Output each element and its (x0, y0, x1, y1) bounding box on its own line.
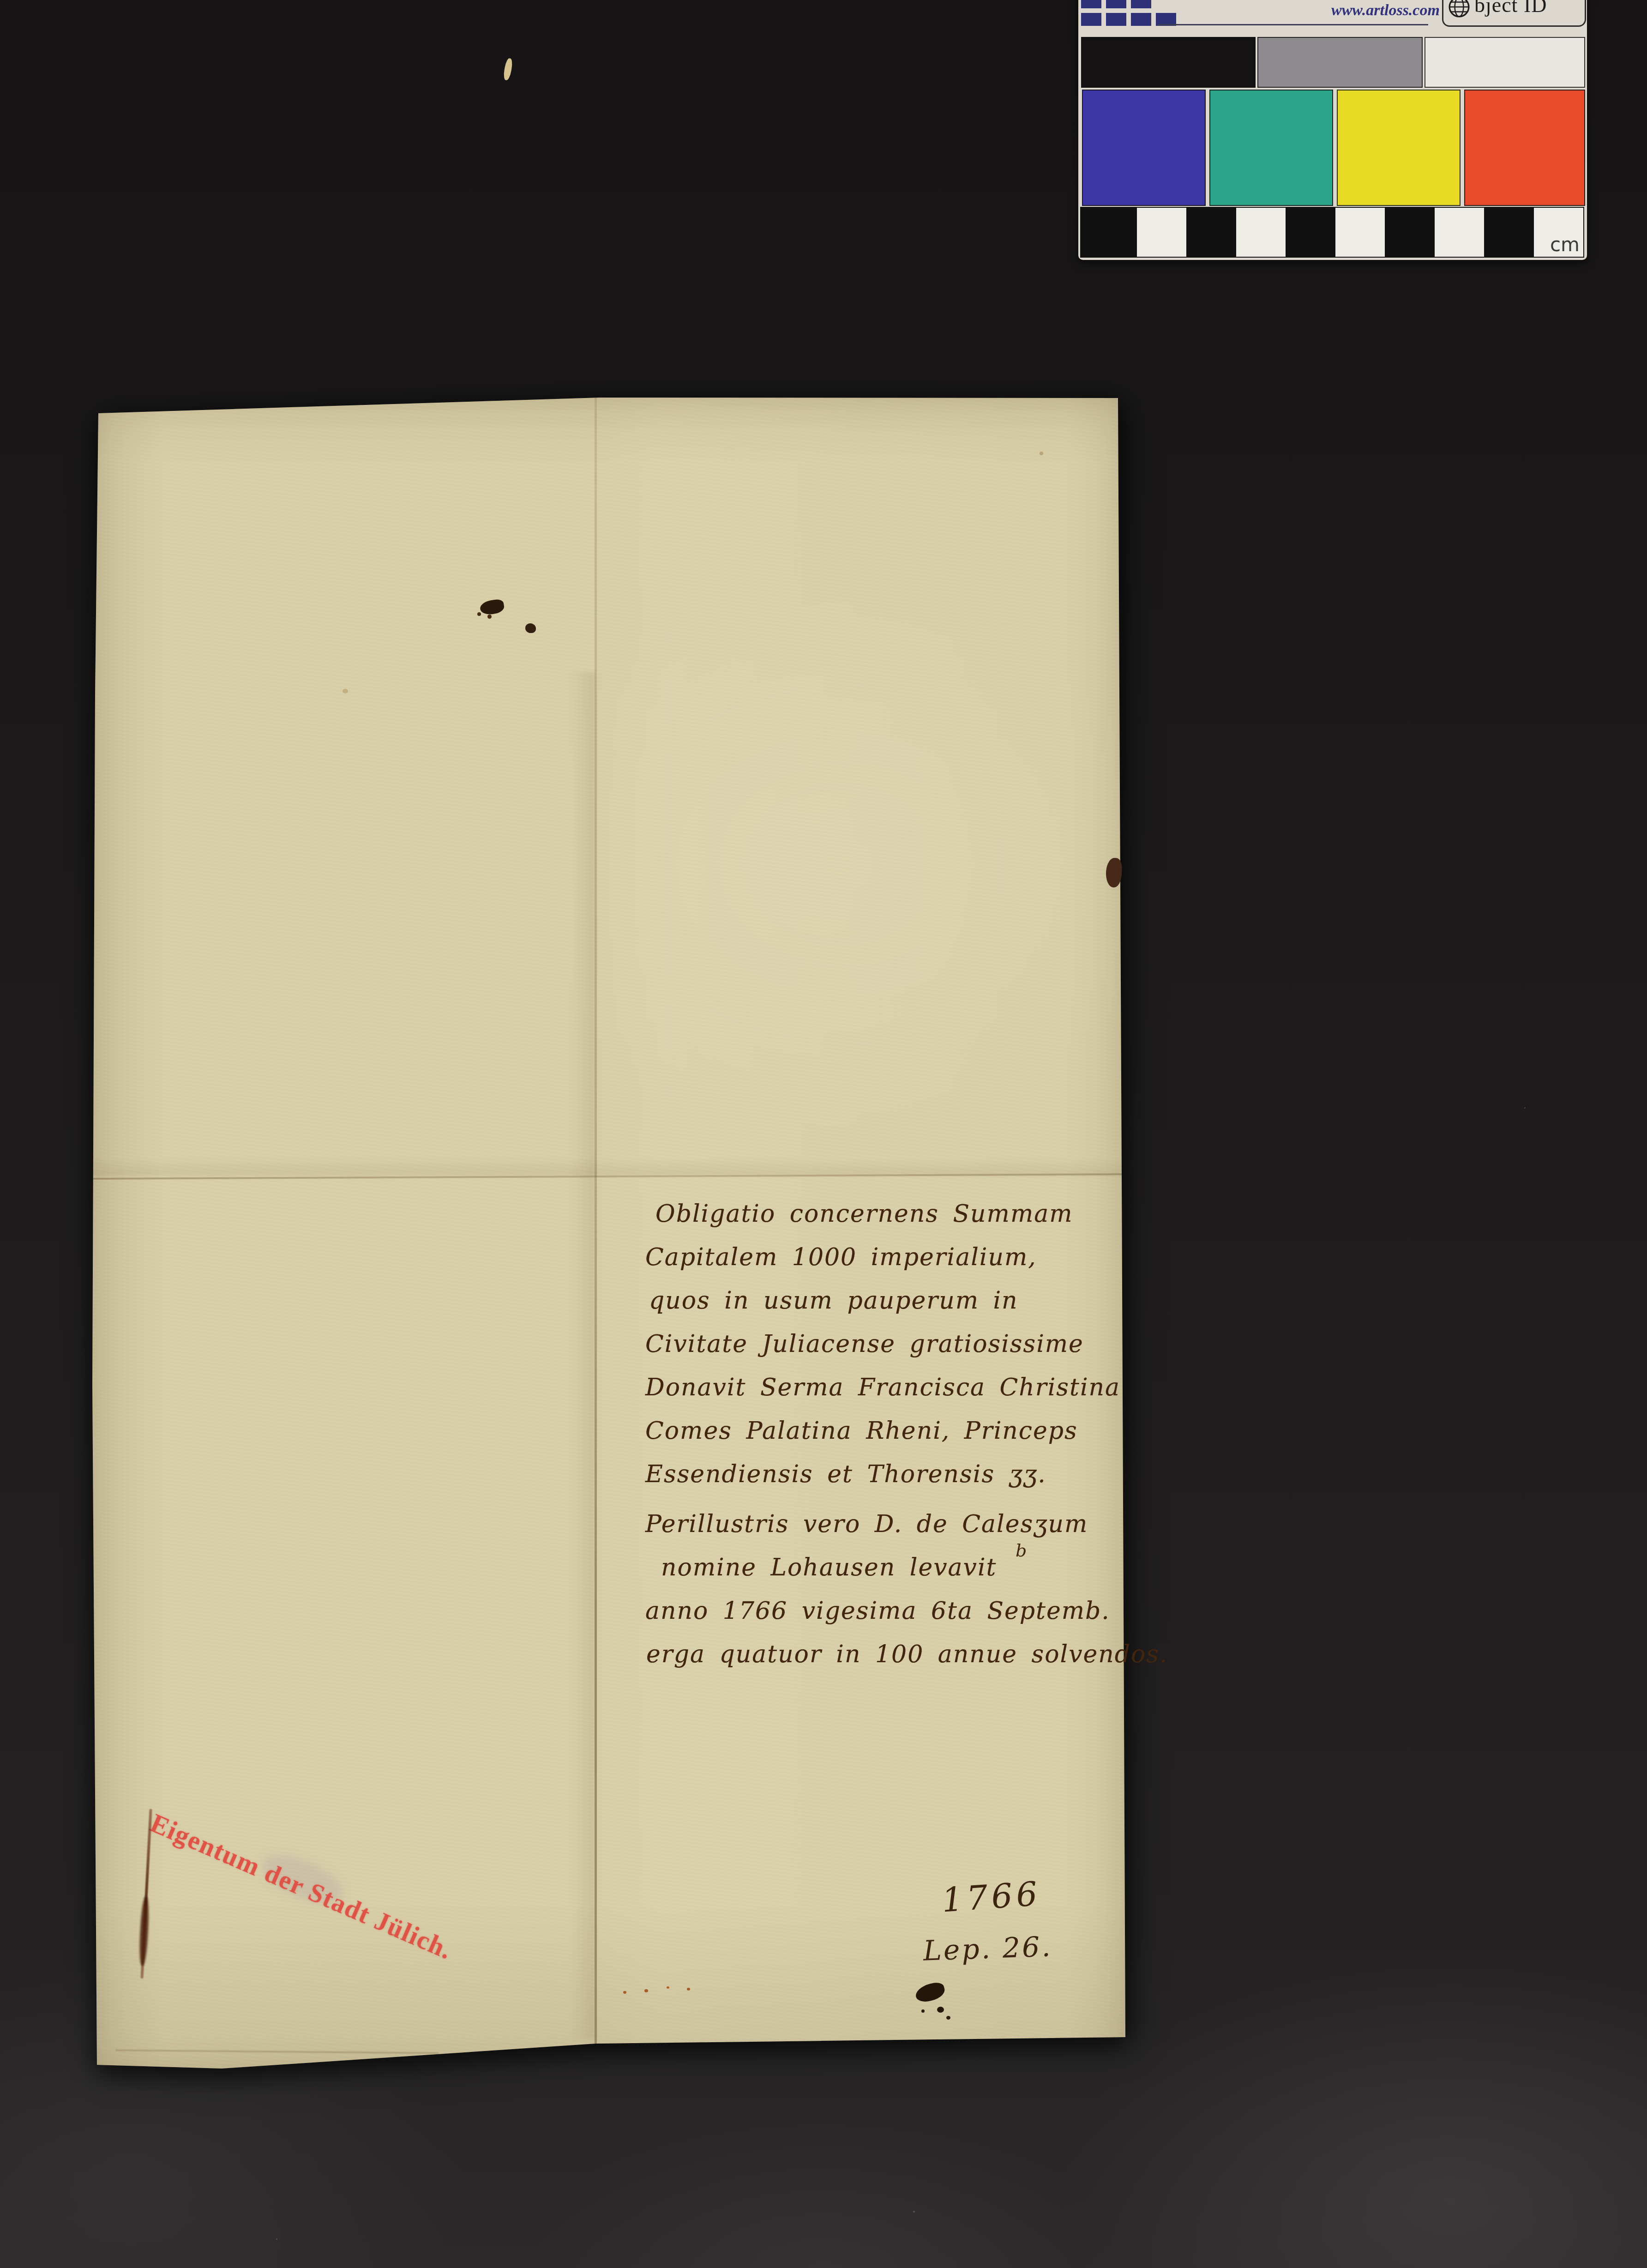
green-patch (1209, 90, 1333, 206)
ink-dot (946, 2016, 950, 2020)
vertical-fold-crease (595, 397, 597, 2044)
card-rule-line (1158, 24, 1428, 25)
checker-logo-square (1081, 0, 1101, 8)
ruler-black-segment (1186, 208, 1236, 257)
shelfmark-annotation: Lep. 26. (923, 1930, 1053, 1967)
interline-correction: b (1016, 1540, 1027, 1561)
yellow-patch (1337, 90, 1461, 206)
bottom-edge-crease (115, 2050, 439, 2054)
object-id-logo-text: bject ID (1474, 0, 1547, 17)
rust-speck (644, 1989, 648, 1992)
artloss-url: www.artloss.com (1331, 2, 1451, 19)
red-patch (1464, 90, 1585, 206)
manuscript-line: nomine Lohausen levavit (645, 1546, 1158, 1589)
year-annotation: 1766 (940, 1874, 1042, 1920)
rust-speck (667, 1986, 669, 1989)
manuscript-line: Capitalem 1000 imperialium, (645, 1236, 1158, 1279)
white-patch (1425, 37, 1585, 88)
ink-dot (487, 615, 492, 619)
checker-logo-square (1081, 13, 1101, 26)
ink-dot (921, 2009, 925, 2013)
manuscript-line: Civitate Juliacense gratiosissime (645, 1322, 1158, 1366)
dust-speck (276, 2238, 277, 2240)
rust-speck (623, 1991, 626, 1994)
ink-blot (525, 623, 536, 633)
vertical-fold-shadow (571, 672, 595, 2039)
ruler-black-segment (1286, 208, 1335, 257)
manuscript-line: quos in usum pauperum in (645, 1279, 1158, 1322)
ruler-black-segment (1484, 208, 1534, 257)
dust-speck (913, 2211, 915, 2213)
gray-patch (1257, 37, 1423, 88)
manuscript-line: Obligatio concernens Summam (645, 1192, 1158, 1236)
manuscript-line: Donavit Serma Francisca Christina (645, 1366, 1158, 1409)
manuscript-text-block: Obligatio concernens Summam Capitalem 10… (645, 1192, 1158, 1676)
rust-speck (687, 1988, 690, 1991)
ruler-black-segment (1081, 208, 1137, 257)
manuscript-line: anno 1766 vigesima 6ta Septemb. (645, 1589, 1158, 1633)
photograph-of-archival-document: Obligatio concernens Summam Capitalem 10… (0, 0, 1647, 2268)
blue-patch (1082, 90, 1206, 206)
foxing-spot (343, 689, 348, 694)
cm-unit-label: cm (1550, 233, 1580, 256)
dust-speck (1524, 1107, 1526, 1109)
manuscript-line: erga quatuor in 100 annue solvendos. (645, 1633, 1158, 1676)
manuscript-line: Comes Palatina Rheni, Princeps (645, 1409, 1158, 1453)
checker-logo-square (1131, 0, 1151, 8)
manuscript-line: Perillustris vero D. de Calesʒum (645, 1502, 1158, 1546)
manuscript-line: Essendiensis et Thorensis ʒʒ. (645, 1453, 1158, 1496)
ruler-black-segment (1385, 208, 1435, 257)
checker-logo-square (1131, 13, 1151, 26)
ink-dot (477, 612, 481, 616)
horizontal-fold-shadow (90, 1158, 1127, 1176)
color-calibration-card: www.artloss.com bject ID cm (1078, 0, 1587, 260)
checker-logo-square (1106, 13, 1126, 26)
checker-logo-square (1106, 0, 1126, 8)
foxing-spot (1040, 452, 1043, 455)
globe-icon (1448, 0, 1471, 18)
black-patch (1081, 37, 1256, 88)
cm-scale-ruler: cm (1080, 207, 1584, 258)
ink-dot (937, 2007, 944, 2013)
